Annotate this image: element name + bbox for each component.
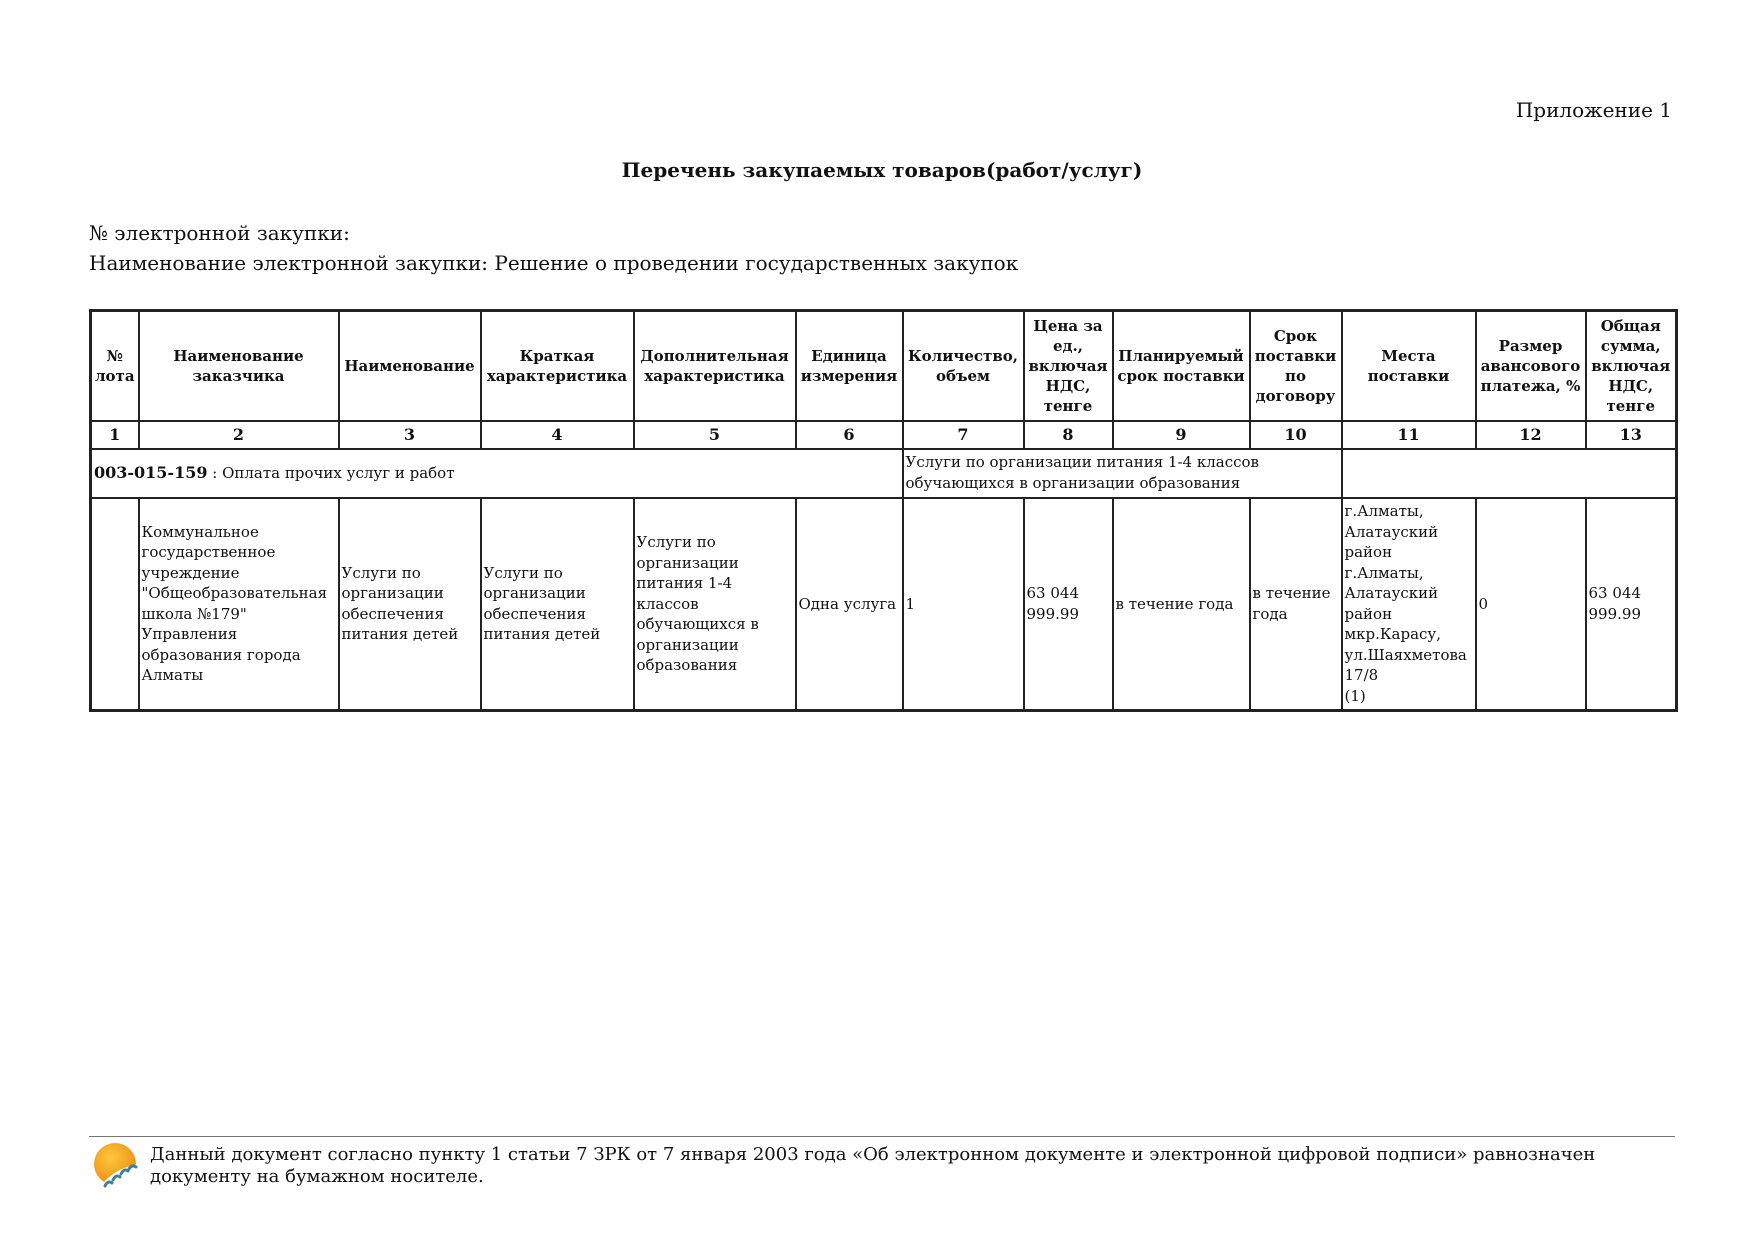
- appendix-label: Приложение 1: [1516, 98, 1672, 122]
- col-header-unit: Единица измерения: [796, 311, 903, 421]
- cell-advance-pct: 0: [1476, 498, 1586, 711]
- col-num: 9: [1113, 421, 1250, 449]
- column-number-row: 1 2 3 4 5 6 7 8 9 10 11 12 13: [91, 421, 1677, 449]
- budget-code-cell: 003-015-159 : Оплата прочих услуг и рабо…: [91, 449, 903, 498]
- col-header-unit-price: Цена за ед., включая НДС, тенге: [1024, 311, 1113, 421]
- section-service-description: Услуги по организации питания 1-4 классо…: [903, 449, 1342, 498]
- cell-unit: Одна услуга: [796, 498, 903, 711]
- col-header-name: Наименование: [339, 311, 481, 421]
- col-header-customer: Наименование заказчика: [139, 311, 339, 421]
- procurement-name-line: Наименование электронной закупки: Решени…: [89, 251, 1018, 275]
- document-title: Перечень закупаемых товаров(работ/услуг): [0, 158, 1754, 182]
- col-num: 12: [1476, 421, 1586, 449]
- cell-extra-char: Услуги по организации питания 1-4 классо…: [634, 498, 796, 711]
- cell-lot-no: [91, 498, 139, 711]
- col-num: 13: [1586, 421, 1677, 449]
- footer-divider: [89, 1136, 1675, 1137]
- col-header-advance-pct: Размер авансового платежа, %: [1476, 311, 1586, 421]
- col-num: 2: [139, 421, 339, 449]
- col-header-short-char: Краткая характеристика: [481, 311, 634, 421]
- procurement-number-label: № электронной закупки:: [89, 221, 350, 245]
- cell-delivery-place: г.Алматы, Алатауский район г.Алматы, Ала…: [1342, 498, 1476, 711]
- table-row: Коммунальное государственное учреждение …: [91, 498, 1677, 711]
- budget-code-description: : Оплата прочих услуг и работ: [207, 464, 454, 482]
- col-num: 4: [481, 421, 634, 449]
- col-header-contract-term: Срок поставки по договору: [1250, 311, 1342, 421]
- egov-sun-logo-icon: [93, 1142, 141, 1190]
- budget-section-row: 003-015-159 : Оплата прочих услуг и рабо…: [91, 449, 1677, 498]
- col-num: 7: [903, 421, 1024, 449]
- col-header-delivery-place: Места поставки: [1342, 311, 1476, 421]
- cell-short-char: Услуги по организации обеспечения питани…: [481, 498, 634, 711]
- col-header-total: Общая сумма, включая НДС, тенге: [1586, 311, 1677, 421]
- col-header-extra-char: Дополнительная характеристика: [634, 311, 796, 421]
- budget-code: 003-015-159: [94, 463, 207, 482]
- col-header-planned-term: Планируемый срок поставки: [1113, 311, 1250, 421]
- section-extra-cell: [1342, 449, 1677, 498]
- cell-unit-price: 63 044 999.99: [1024, 498, 1113, 711]
- cell-contract-term: в течение года: [1250, 498, 1342, 711]
- cell-planned-term: в течение года: [1113, 498, 1250, 711]
- cell-name: Услуги по организации обеспечения питани…: [339, 498, 481, 711]
- col-num: 6: [796, 421, 903, 449]
- col-num: 5: [634, 421, 796, 449]
- col-num: 11: [1342, 421, 1476, 449]
- col-num: 3: [339, 421, 481, 449]
- lots-table: № лота Наименование заказчика Наименован…: [89, 309, 1678, 712]
- cell-customer: Коммунальное государственное учреждение …: [139, 498, 339, 711]
- col-header-lot-no: № лота: [91, 311, 139, 421]
- cell-total: 63 044 999.99: [1586, 498, 1677, 711]
- col-num: 10: [1250, 421, 1342, 449]
- col-num: 1: [91, 421, 139, 449]
- col-header-quantity: Количество, объем: [903, 311, 1024, 421]
- table-header-row: № лота Наименование заказчика Наименован…: [91, 311, 1677, 421]
- col-num: 8: [1024, 421, 1113, 449]
- footer-legal-notice: Данный документ согласно пункту 1 статьи…: [150, 1144, 1680, 1188]
- cell-quantity: 1: [903, 498, 1024, 711]
